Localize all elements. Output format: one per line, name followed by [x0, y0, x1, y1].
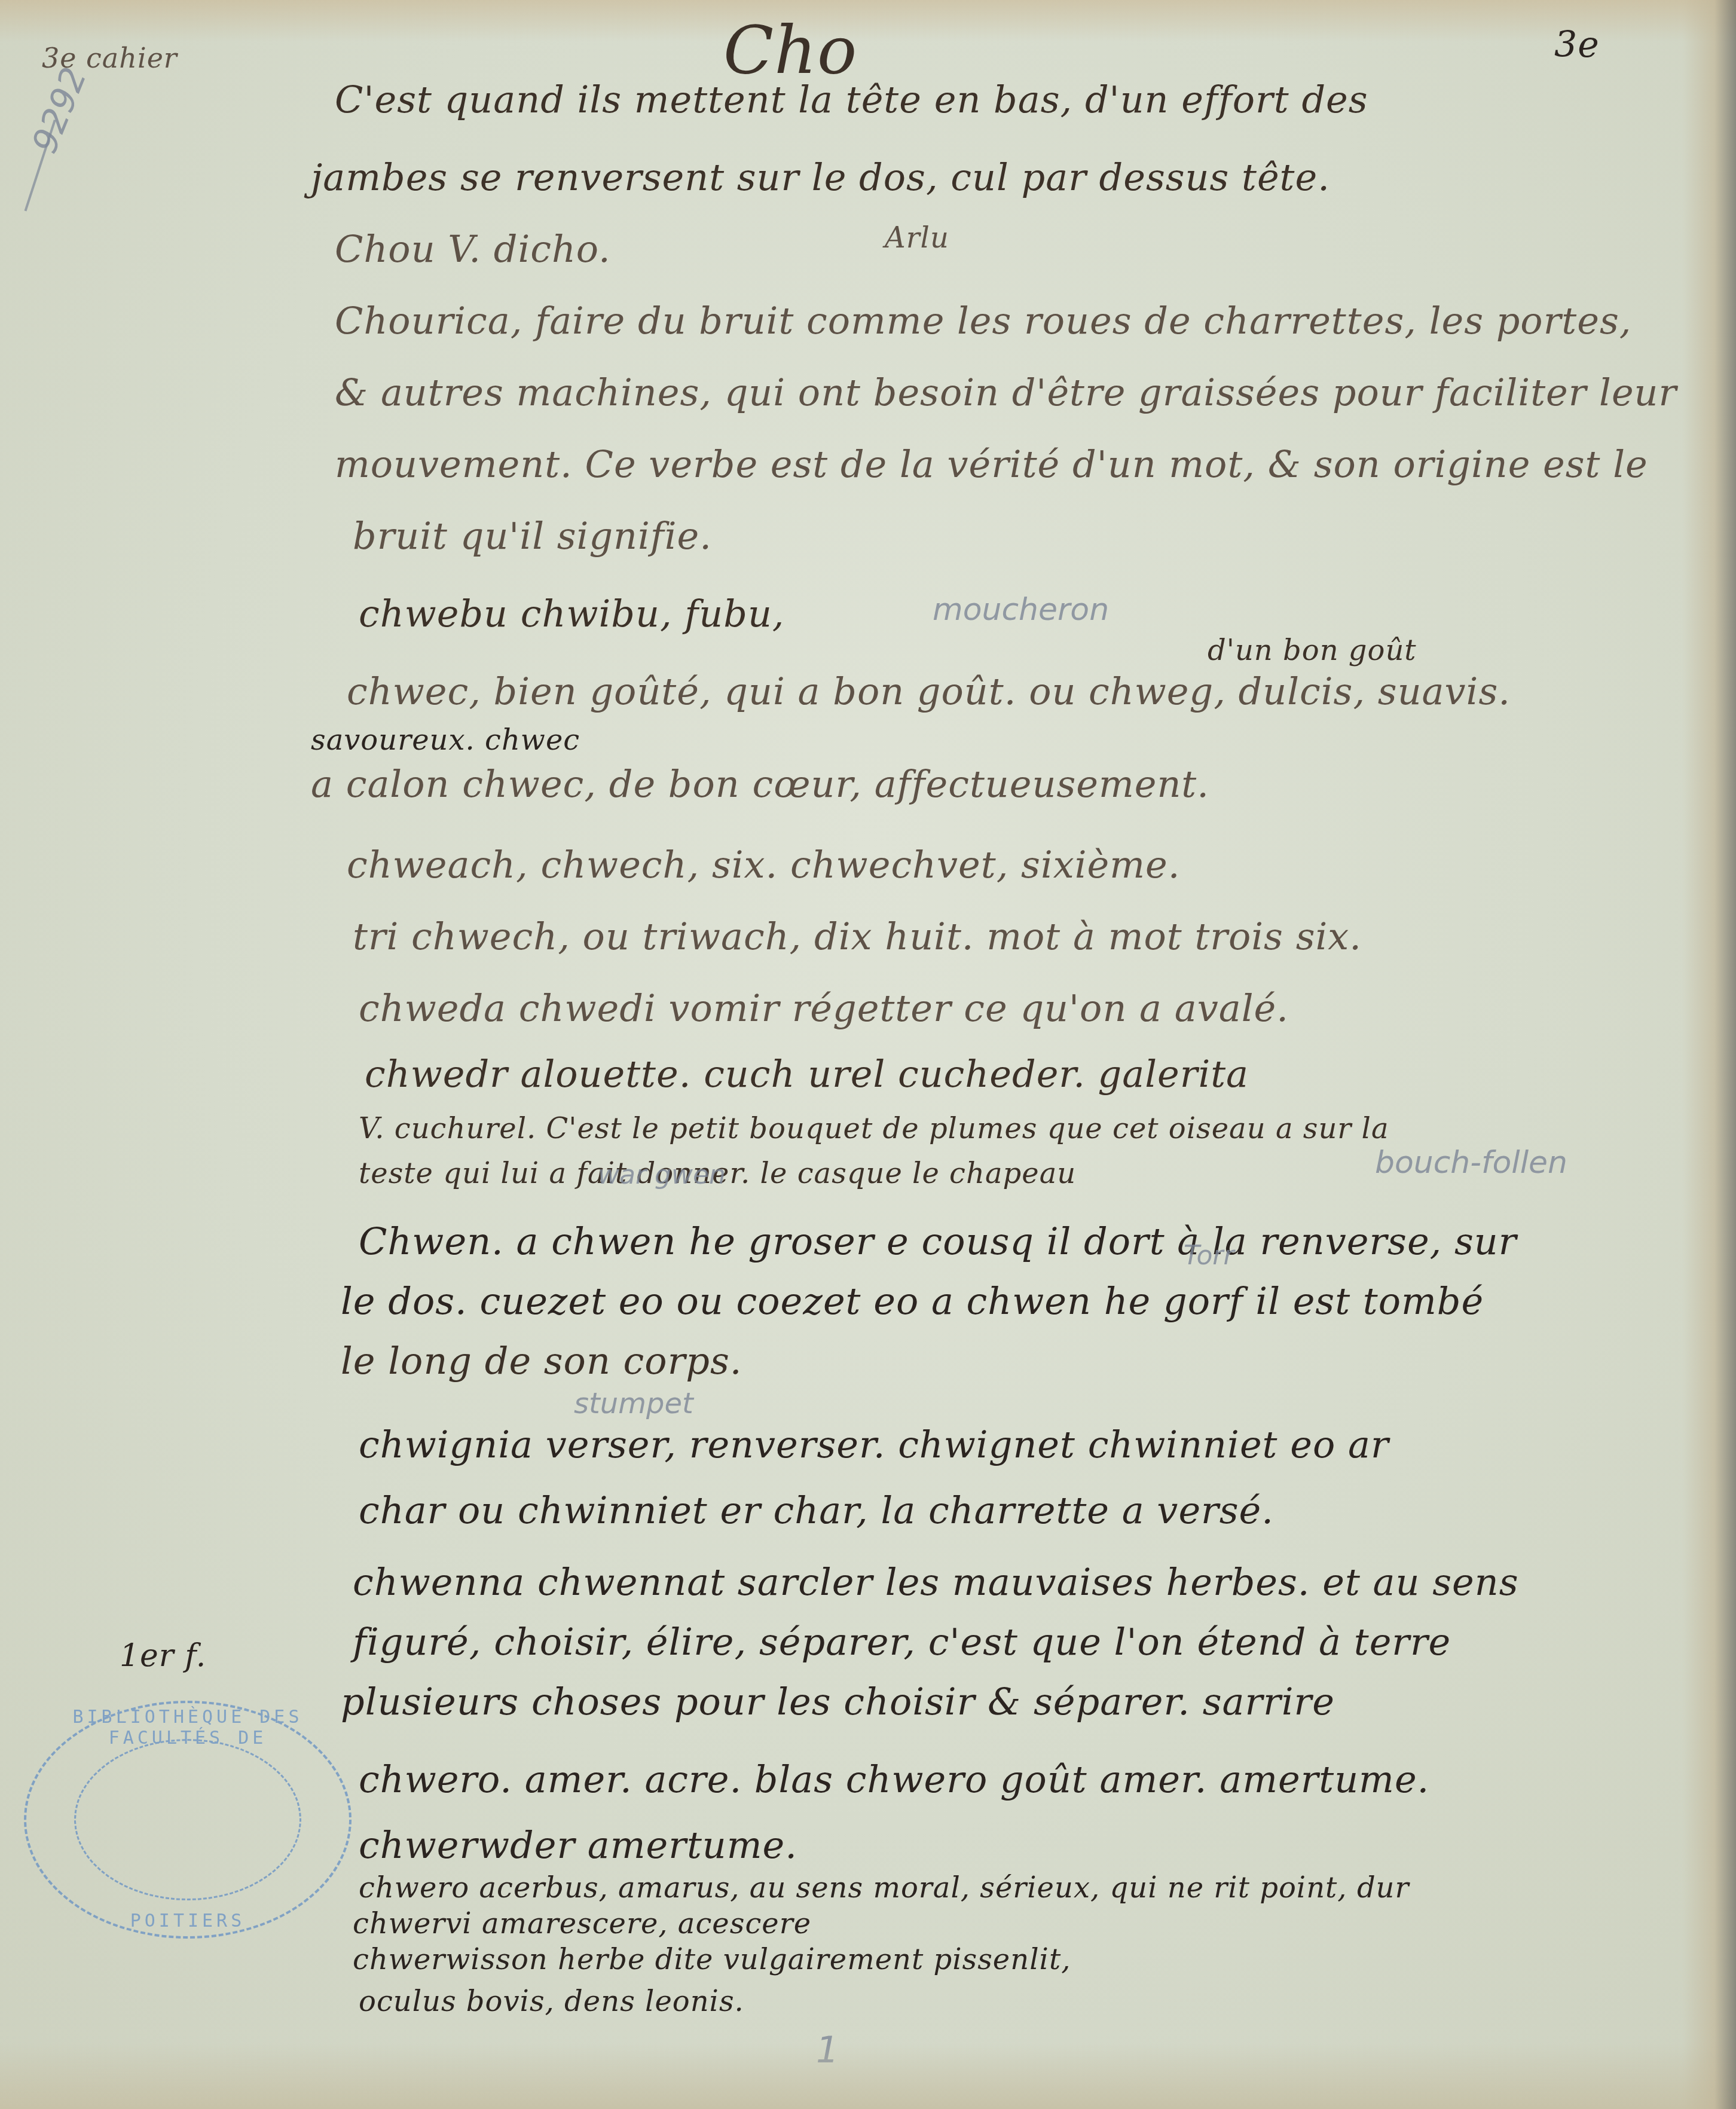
- text-line: chweda chwedi vomir régetter ce qu'on a …: [359, 986, 1289, 1030]
- text-line: chwervi amarescere, acescere: [353, 1907, 811, 1940]
- text-line: chwebu chwibu, fubu,: [359, 592, 785, 635]
- text-line: chwedr alouette. cuch urel cucheder. gal…: [365, 1052, 1249, 1096]
- text-line: C'est quand ils mettent la tête en bas, …: [335, 78, 1368, 121]
- text-line: mouvement. Ce verbe est de la vérité d'u…: [335, 442, 1648, 486]
- pencil-annotation-stumpet: stumpet: [574, 1387, 693, 1420]
- pencil-annotation-torr: Torr: [1184, 1240, 1234, 1271]
- pencil-shelf-number: 9292: [24, 62, 94, 158]
- annotation-arlu: Arlu: [885, 221, 949, 255]
- text-line: & autres machines, qui ont besoin d'être…: [335, 371, 1677, 414]
- text-line: Chou V. dicho.: [335, 227, 611, 271]
- page-number: 3e: [1554, 24, 1600, 66]
- manuscript-page: 3e cahier 9292 3e 1er f. 1 Cho C'est qua…: [0, 0, 1736, 2109]
- text-line: figuré, choisir, élire, séparer, c'est q…: [353, 1620, 1451, 1664]
- text-line: chwero. amer. acre. blas chwero goût ame…: [359, 1757, 1429, 1801]
- stamp-inner-ring: [74, 1739, 301, 1900]
- library-stamp: BIBLIOTHÈQUE DES FACULTÉS DE POITIERS: [24, 1701, 352, 1939]
- text-line: Chourica, faire du bruit comme les roues…: [335, 299, 1631, 343]
- text-line: chwenna chwennat sarcler les mauvaises h…: [353, 1560, 1518, 1604]
- text-line: chwero acerbus, amarus, au sens moral, s…: [359, 1871, 1409, 1905]
- stamp-text-bottom: POITIERS: [26, 1911, 349, 1931]
- stamp-text-top: BIBLIOTHÈQUE DES FACULTÉS DE: [26, 1707, 349, 1749]
- text-line: chweach, chwech, six. chwechvet, sixième…: [347, 843, 1180, 887]
- text-line: tri chwech, ou triwach, dix huit. mot à …: [353, 915, 1362, 958]
- text-line: bruit qu'il signifie.: [353, 514, 712, 558]
- text-line: Chwen. a chwen he groser e cousq il dort…: [359, 1219, 1517, 1263]
- text-line: le dos. cuezet eo ou coezet eo a chwen h…: [341, 1279, 1484, 1323]
- text-line: char ou chwinniet er char, la charrette …: [359, 1488, 1274, 1532]
- folio-mark: 1er f.: [120, 1638, 206, 1674]
- text-line: oculus bovis, dens leonis.: [359, 1985, 744, 2018]
- text-line: le long de son corps.: [341, 1339, 742, 1383]
- text-line: savoureux. chwec: [311, 723, 580, 757]
- entry-heading: Cho: [723, 12, 857, 88]
- pencil-annotation-war-gwen: war gwen: [598, 1160, 726, 1190]
- annotation-dun-bongout: d'un bon goût: [1208, 634, 1417, 667]
- text-line: chwerwisson herbe dite vulgairement piss…: [353, 1943, 1071, 1976]
- text-line: V. cuchurel. C'est le petit bouquet de p…: [359, 1112, 1389, 1145]
- pencil-annotation-moucheron: moucheron: [933, 592, 1109, 628]
- text-line: chwerwder amertume.: [359, 1823, 797, 1867]
- text-line: plusieurs choses pour les choisir & sépa…: [341, 1680, 1335, 1723]
- page-bottom-edge: [0, 2043, 1736, 2109]
- text-line: chwec, bien goûté, qui a bon goût. ou ch…: [347, 670, 1511, 713]
- text-line: chwignia verser, renverser. chwignet chw…: [359, 1423, 1389, 1466]
- text-line: a calon chwec, de bon cœur, affectueusem…: [311, 762, 1209, 806]
- pencil-annotation-bouch-follen: bouch-follen: [1375, 1145, 1567, 1181]
- text-line: jambes se renversent sur le dos, cul par…: [311, 155, 1330, 199]
